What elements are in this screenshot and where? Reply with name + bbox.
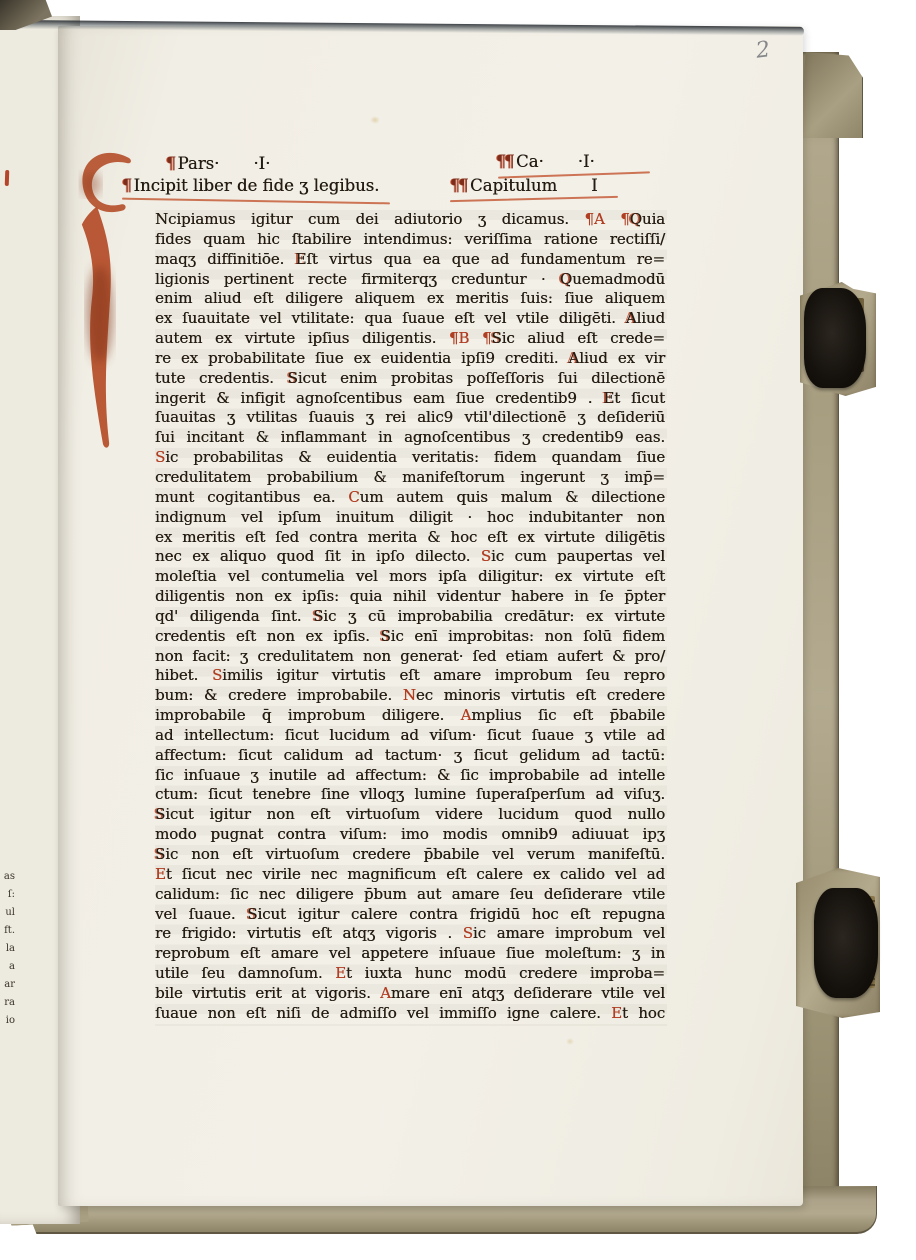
text-line: utile ſeu damnoſum. Et iuxta hunc modū c… bbox=[155, 964, 665, 984]
text-fragment: ra bbox=[0, 994, 15, 1012]
text-fragment: ar bbox=[0, 976, 15, 994]
text-line: credulitatem probabilium & manifeſtorum … bbox=[155, 468, 665, 488]
rubric-underline bbox=[122, 198, 390, 205]
text-fragment: ul bbox=[0, 904, 15, 922]
rubric-mark-gutter bbox=[5, 170, 10, 186]
text-line: ad intellectum: ſicut lucidum ad viſum· … bbox=[155, 726, 665, 746]
text-line: diligentis non ex ipſis: quia nihil vide… bbox=[155, 587, 665, 607]
text-line: modo pugnat contra viſum: imo modis omni… bbox=[155, 825, 665, 845]
text-line: affectum: ſicut calidum ad tactum· ʒ ſic… bbox=[155, 746, 665, 766]
text-line: munt cogitantibus ea. Cum autem quis mal… bbox=[155, 488, 665, 508]
text-line: re ex probabilitate ſiue ex euidentia ip… bbox=[155, 349, 665, 369]
text-line: improbabile q̄ improbum diligere. Ampliu… bbox=[155, 706, 665, 726]
text-fragment: io bbox=[0, 1012, 15, 1030]
text-line: ctum: ſicut tenebre ſine vlloqʒ lumine ſ… bbox=[155, 785, 665, 805]
text-line: ex ſuauitate vel vtilitate: qua ſuaue eſ… bbox=[155, 309, 665, 329]
text-line: vel ſuaue. Sicut igitur calere contra fr… bbox=[155, 905, 665, 925]
text-line: reprobum eſt amare vel appetere inſuaue … bbox=[155, 944, 665, 964]
text-fragment: a bbox=[0, 958, 15, 976]
capitulum-title: ¶¶CapitulumI bbox=[450, 176, 598, 195]
text-line: Sic non eſt virtuoſum credere p̄babile v… bbox=[155, 845, 665, 865]
text-line: ligionis pertinent recte firmiterqʒ cred… bbox=[155, 270, 665, 290]
paper-stain bbox=[566, 1038, 574, 1045]
text-line: moleſtia vel contumelia vel mors ipſa di… bbox=[155, 567, 665, 587]
pilcrow-icon: ¶ bbox=[166, 154, 175, 173]
text-line: indignum vel ipſum inuitum diligit · hoc… bbox=[155, 508, 665, 528]
text-line: ex meritis eſt ſed contra merita & hoc e… bbox=[155, 528, 665, 548]
clasp-upper-metal bbox=[804, 288, 866, 388]
facing-page-text-fragments: asſ:ulft.laaarraio bbox=[0, 868, 15, 1038]
binding-board-top-corner bbox=[798, 52, 863, 138]
text-fragment: ſ: bbox=[0, 886, 15, 904]
clasp-lower-metal bbox=[814, 888, 878, 998]
running-header-ca: ¶¶Ca··I· bbox=[496, 152, 595, 171]
text-line: non facit: ʒ credulitatem non generat· ſ… bbox=[155, 647, 665, 667]
text-line: calidum: ſic nec diligere p̄bum aut amar… bbox=[155, 885, 665, 905]
text-line: ſic inſuaue ʒ inutile ad affectum: & ſic… bbox=[155, 766, 665, 786]
pilcrow-icon: ¶¶ bbox=[496, 152, 513, 171]
text-line: maqʒ diffinitiōe. Eſt virtus qua ea que … bbox=[155, 250, 665, 270]
text-fragment: la bbox=[0, 940, 15, 958]
text-line: ingerit & infigit agnoſcentibus eam ſiue… bbox=[155, 389, 665, 409]
text-line: tute credentis. Sicut enim probitas poſſ… bbox=[155, 369, 665, 389]
text-line: bile virtutis erit at vigoris. Amare enī… bbox=[155, 984, 665, 1004]
folio-number: 2 bbox=[755, 37, 772, 64]
text-line: Et ſicut nec virile nec magnificum eſt c… bbox=[155, 865, 665, 885]
book-page: 2 ¶Pars··I· ¶¶Ca··I· ¶Incipit liber de f… bbox=[58, 26, 803, 1206]
text-block: Ncipiamus igitur cum dei adiutorio ʒ dic… bbox=[155, 210, 667, 1024]
incunabulum-photo: asſ:ulft.laaarraio 2 ¶Pars··I· ¶¶Ca··I· … bbox=[0, 0, 916, 1260]
text-line: autem ex virtute ipſius diligentis. ¶B ¶… bbox=[155, 329, 665, 349]
text-line: fides quam hic ſtabilire intendimus: ver… bbox=[155, 230, 665, 250]
text-line: Sic probabilitas & euidentia veritatis: … bbox=[155, 448, 665, 468]
text-line: Sicut igitur non eſt virtuoſum videre lu… bbox=[155, 805, 665, 825]
running-header-pars: ¶Pars··I· bbox=[166, 154, 270, 173]
text-line: ſuaue non eſt niſi de admiſſo vel immiſſ… bbox=[155, 1004, 665, 1024]
pilcrow-icon: ¶¶ bbox=[450, 176, 467, 195]
text-line: ſuauitas ʒ vtilitas ſuauis ʒ rei alic9 v… bbox=[155, 408, 665, 428]
text-line: enim aliud eſt diligere aliquem ex merit… bbox=[155, 289, 665, 309]
paper-stain bbox=[370, 116, 380, 124]
text-line: ſui incitant & inflammant in agnoſcentib… bbox=[155, 428, 665, 448]
text-fragment: ft. bbox=[0, 922, 15, 940]
text-fragment: as bbox=[0, 868, 15, 886]
text-line: Ncipiamus igitur cum dei adiutorio ʒ dic… bbox=[155, 210, 665, 230]
incipit-title: ¶Incipit liber de fide ʒ legibus. bbox=[122, 176, 379, 195]
text-line: hibet. Similis igitur virtutis eſt amare… bbox=[155, 666, 665, 686]
rubric-underline bbox=[450, 196, 618, 202]
text-line: credentis eſt non ex ipſis. Sic enī impr… bbox=[155, 627, 665, 647]
text-line: bum: & credere improbabile. Nec minoris … bbox=[155, 686, 665, 706]
rubricated-initial bbox=[72, 148, 140, 450]
text-line: nec ex aliquo quod ſit in ipſo dilecto. … bbox=[155, 547, 665, 567]
text-line: qd' diligenda ſint. Sic ʒ cū improbabili… bbox=[155, 607, 665, 627]
text-line: re frigido: virtutis eſt atqʒ vigoris . … bbox=[155, 924, 665, 944]
